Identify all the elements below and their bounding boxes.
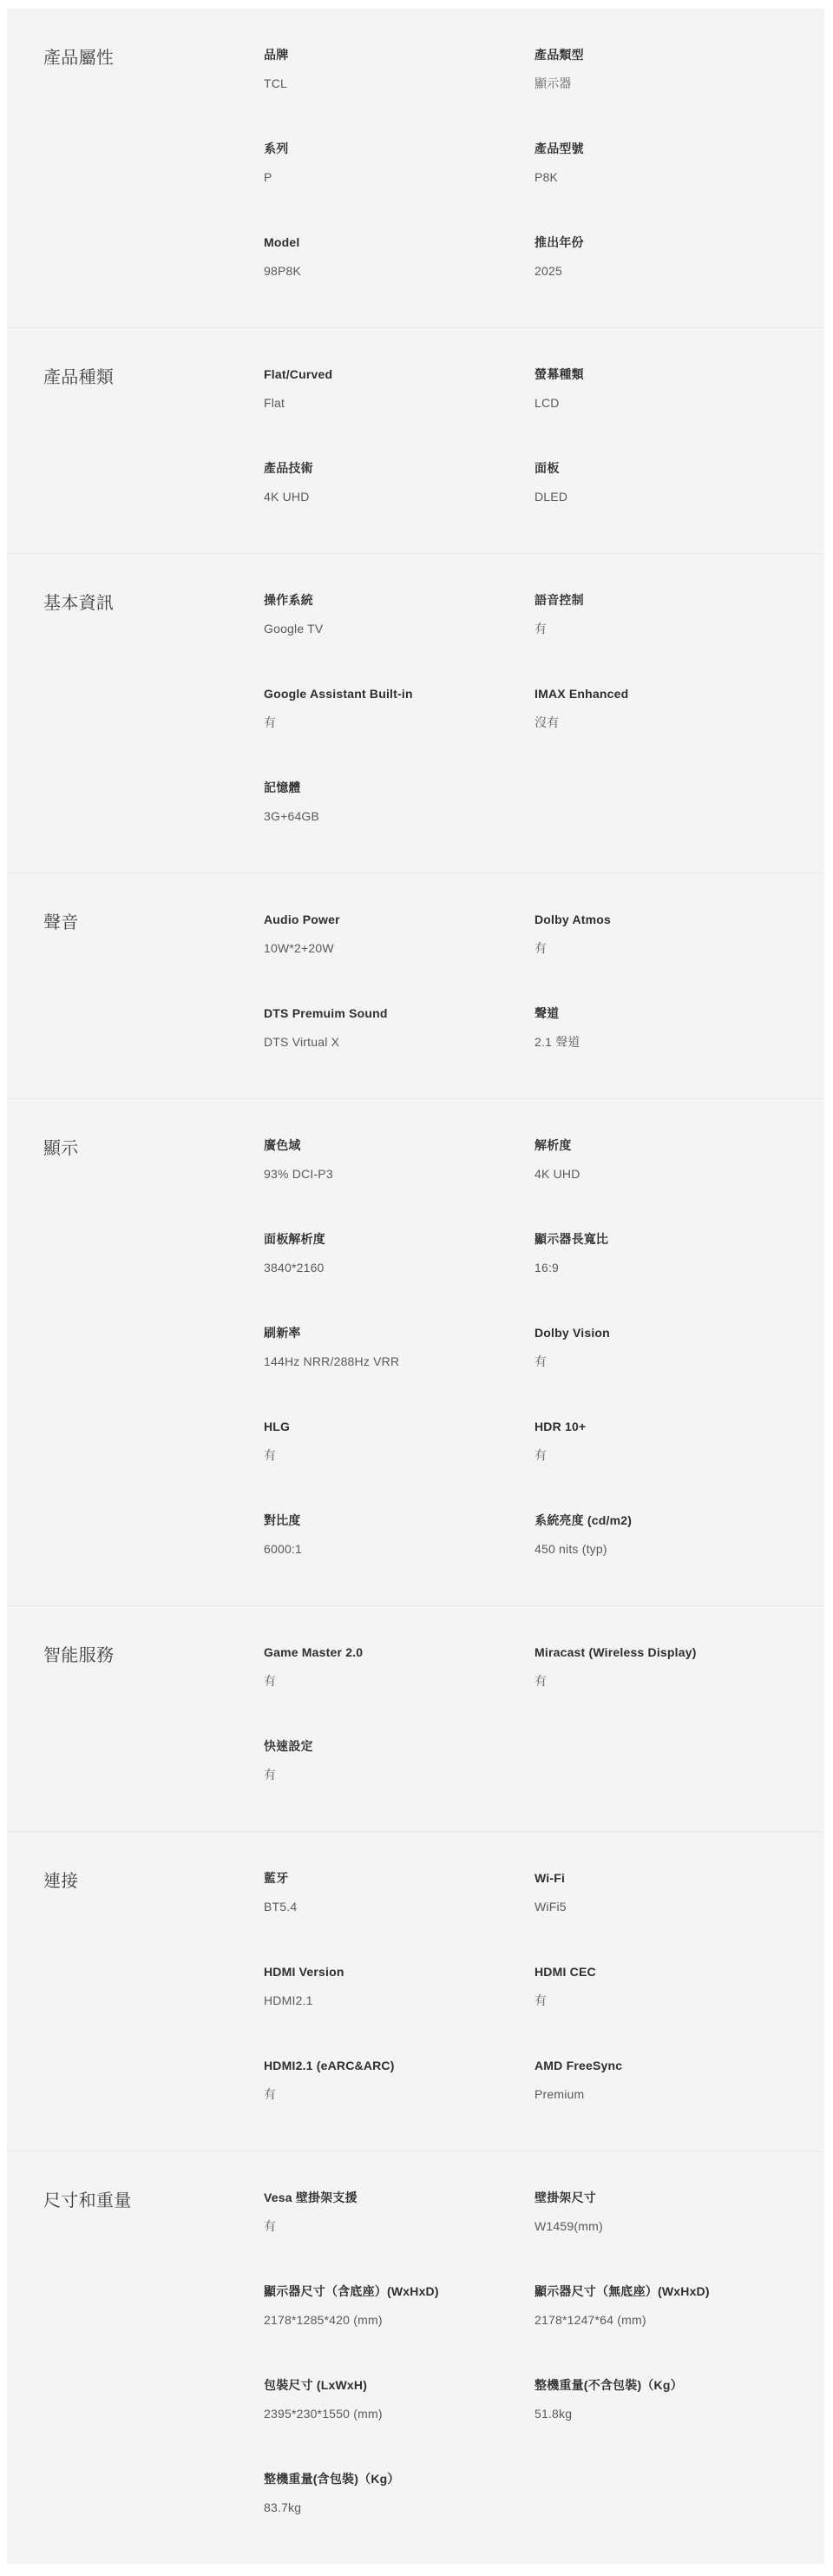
- section-items: Game Master 2.0 有 Miracast (Wireless Dis…: [264, 1644, 807, 1783]
- spec-panel: 產品屬性 品牌 TCL 產品類型 顯示器 系列 P 產品型號 P8K Model…: [7, 9, 824, 2564]
- spec-value: 有: [535, 940, 793, 957]
- spec-label: 產品類型: [535, 47, 793, 63]
- section-title: 智能服務: [43, 1644, 264, 1667]
- spec-label: 面板解析度: [264, 1231, 521, 1248]
- section-items: 藍牙 BT5.4 Wi-Fi WiFi5 HDMI Version HDMI2.…: [264, 1870, 807, 2103]
- spec-value: WiFi5: [535, 1899, 793, 1915]
- spec-item: HDR 10+ 有: [535, 1419, 807, 1464]
- spec-item: 對比度 6000:1: [264, 1512, 535, 1558]
- spec-item: 顯示器尺寸（無底座）(WxHxD) 2178*1247*64 (mm): [535, 2283, 807, 2329]
- spec-section: 智能服務 Game Master 2.0 有 Miracast (Wireles…: [7, 1605, 824, 1831]
- spec-label: 顯示器長寬比: [535, 1231, 793, 1248]
- spec-item: 記憶體 3G+64GB: [264, 780, 535, 825]
- spec-label: 推出年份: [535, 234, 793, 251]
- spec-item: 解析度 4K UHD: [535, 1137, 807, 1183]
- spec-label: 整機重量(不含包裝)（Kg）: [535, 2377, 793, 2394]
- spec-label: 記憶體: [264, 780, 521, 796]
- spec-item: 壁掛架尺寸 W1459(mm): [535, 2190, 807, 2235]
- spec-label: 快速設定: [264, 1738, 521, 1755]
- section-title: 顯示: [43, 1137, 264, 1160]
- spec-item: Game Master 2.0 有: [264, 1644, 535, 1690]
- spec-label: Dolby Vision: [535, 1325, 793, 1341]
- spec-item: HDMI2.1 (eARC&ARC) 有: [264, 2058, 535, 2103]
- spec-item: HDMI CEC 有: [535, 1964, 807, 2009]
- spec-value: 有: [535, 621, 793, 637]
- spec-value: 有: [264, 2218, 521, 2235]
- spec-label: Model: [264, 234, 521, 251]
- spec-value: 有: [264, 1673, 521, 1690]
- spec-value: Flat: [264, 395, 521, 412]
- spec-item: HDMI Version HDMI2.1: [264, 1964, 535, 2009]
- spec-label: Flat/Curved: [264, 366, 521, 383]
- spec-item: 產品型號 P8K: [535, 141, 807, 186]
- spec-label: HDMI2.1 (eARC&ARC): [264, 2058, 521, 2074]
- spec-section: 產品種類 Flat/Curved Flat 螢幕種類 LCD 產品技術 4K U…: [7, 327, 824, 553]
- spec-section: 連接 藍牙 BT5.4 Wi-Fi WiFi5 HDMI Version HDM…: [7, 1831, 824, 2151]
- spec-value: 有: [535, 1673, 793, 1690]
- section-title: 尺寸和重量: [43, 2190, 264, 2212]
- spec-item: IMAX Enhanced 沒有: [535, 686, 807, 731]
- spec-item: 產品技術 4K UHD: [264, 460, 535, 505]
- spec-value: 144Hz NRR/288Hz VRR: [264, 1354, 521, 1370]
- spec-value: 沒有: [535, 715, 793, 731]
- spec-label: Vesa 壁掛架支援: [264, 2190, 521, 2206]
- spec-item: 面板 DLED: [535, 460, 807, 505]
- spec-item: 推出年份 2025: [535, 234, 807, 280]
- spec-label: Miracast (Wireless Display): [535, 1644, 793, 1661]
- spec-value: 有: [535, 1447, 793, 1464]
- spec-label: HDR 10+: [535, 1419, 793, 1435]
- spec-label: 操作系統: [264, 592, 521, 609]
- spec-value: 2.1 聲道: [535, 1034, 793, 1051]
- spec-label: 聲道: [535, 1005, 793, 1022]
- spec-value: 2025: [535, 263, 793, 280]
- spec-item: 語音控制 有: [535, 592, 807, 637]
- spec-item: 螢幕種類 LCD: [535, 366, 807, 412]
- spec-value: 3840*2160: [264, 1260, 521, 1276]
- spec-label: 刷新率: [264, 1325, 521, 1341]
- spec-value: 有: [264, 2086, 521, 2103]
- spec-value: 16:9: [535, 1260, 793, 1276]
- spec-label: Audio Power: [264, 912, 521, 928]
- spec-value: HDMI2.1: [264, 1993, 521, 2009]
- spec-item: 整機重量(含包裝)（Kg） 83.7kg: [264, 2471, 535, 2516]
- spec-value: 10W*2+20W: [264, 940, 521, 957]
- spec-value: P8K: [535, 169, 793, 186]
- spec-label: Wi-Fi: [535, 1870, 793, 1887]
- section-title: 產品種類: [43, 366, 264, 389]
- spec-item: 快速設定 有: [264, 1738, 535, 1783]
- section-items: 廣色域 93% DCI-P3 解析度 4K UHD 面板解析度 3840*216…: [264, 1137, 807, 1558]
- section-items: 操作系統 Google TV 語音控制 有 Google Assistant B…: [264, 592, 807, 825]
- spec-value: Premium: [535, 2086, 793, 2103]
- spec-item: Miracast (Wireless Display) 有: [535, 1644, 807, 1690]
- spec-value: 2178*1247*64 (mm): [535, 2312, 793, 2329]
- spec-item: 包裝尺寸 (LxWxH) 2395*230*1550 (mm): [264, 2377, 535, 2422]
- spec-value: BT5.4: [264, 1899, 521, 1915]
- spec-value: 98P8K: [264, 263, 521, 280]
- spec-item: 刷新率 144Hz NRR/288Hz VRR: [264, 1325, 535, 1370]
- spec-item: Dolby Atmos 有: [535, 912, 807, 957]
- spec-value: 51.8kg: [535, 2406, 793, 2422]
- spec-label: Game Master 2.0: [264, 1644, 521, 1661]
- spec-label: 語音控制: [535, 592, 793, 609]
- spec-item: 產品類型 顯示器: [535, 47, 807, 92]
- spec-label: 壁掛架尺寸: [535, 2190, 793, 2206]
- spec-value: 4K UHD: [535, 1166, 793, 1183]
- spec-label: 產品型號: [535, 141, 793, 157]
- spec-item: 整機重量(不含包裝)（Kg） 51.8kg: [535, 2377, 807, 2422]
- spec-section: 產品屬性 品牌 TCL 產品類型 顯示器 系列 P 產品型號 P8K Model…: [7, 9, 824, 327]
- spec-value: 450 nits (typ): [535, 1541, 793, 1558]
- spec-item: 聲道 2.1 聲道: [535, 1005, 807, 1051]
- spec-value: 有: [264, 1447, 521, 1464]
- spec-item: Vesa 壁掛架支援 有: [264, 2190, 535, 2235]
- spec-section: 顯示 廣色域 93% DCI-P3 解析度 4K UHD 面板解析度 3840*…: [7, 1098, 824, 1605]
- spec-label: 對比度: [264, 1512, 521, 1529]
- spec-item: Flat/Curved Flat: [264, 366, 535, 412]
- spec-label: AMD FreeSync: [535, 2058, 793, 2074]
- spec-label: IMAX Enhanced: [535, 686, 793, 702]
- spec-value: 2178*1285*420 (mm): [264, 2312, 521, 2329]
- section-title: 連接: [43, 1870, 264, 1893]
- spec-label: DTS Premuim Sound: [264, 1005, 521, 1022]
- spec-label: 顯示器尺寸（含底座）(WxHxD): [264, 2283, 521, 2300]
- section-title: 聲音: [43, 912, 264, 934]
- spec-label: 面板: [535, 460, 793, 477]
- spec-label: HDMI Version: [264, 1964, 521, 1980]
- spec-value: DLED: [535, 489, 793, 505]
- spec-value: 有: [264, 1767, 521, 1783]
- section-title: 產品屬性: [43, 47, 264, 69]
- spec-item: Dolby Vision 有: [535, 1325, 807, 1370]
- section-title: 基本資訊: [43, 592, 264, 615]
- spec-item: 顯示器長寬比 16:9: [535, 1231, 807, 1276]
- spec-value: P: [264, 169, 521, 186]
- spec-item: Google Assistant Built-in 有: [264, 686, 535, 731]
- spec-value: LCD: [535, 395, 793, 412]
- spec-item: AMD FreeSync Premium: [535, 2058, 807, 2103]
- spec-label: 品牌: [264, 47, 521, 63]
- section-items: Audio Power 10W*2+20W Dolby Atmos 有 DTS …: [264, 912, 807, 1051]
- spec-item: 廣色域 93% DCI-P3: [264, 1137, 535, 1183]
- spec-item: DTS Premuim Sound DTS Virtual X: [264, 1005, 535, 1051]
- section-items: Flat/Curved Flat 螢幕種類 LCD 產品技術 4K UHD 面板…: [264, 366, 807, 505]
- spec-item: 系列 P: [264, 141, 535, 186]
- spec-label: 系統亮度 (cd/m2): [535, 1512, 793, 1529]
- spec-value: 有: [264, 715, 521, 731]
- page: 產品屬性 品牌 TCL 產品類型 顯示器 系列 P 產品型號 P8K Model…: [0, 0, 833, 2576]
- spec-value: 83.7kg: [264, 2500, 521, 2516]
- spec-value: Google TV: [264, 621, 521, 637]
- spec-item: 面板解析度 3840*2160: [264, 1231, 535, 1276]
- spec-value: W1459(mm): [535, 2218, 793, 2235]
- spec-item: HLG 有: [264, 1419, 535, 1464]
- spec-label: Dolby Atmos: [535, 912, 793, 928]
- spec-value: 顯示器: [535, 76, 793, 92]
- spec-label: HDMI CEC: [535, 1964, 793, 1980]
- spec-section: 尺寸和重量 Vesa 壁掛架支援 有 壁掛架尺寸 W1459(mm) 顯示器尺寸…: [7, 2151, 824, 2564]
- spec-label: 包裝尺寸 (LxWxH): [264, 2377, 521, 2394]
- spec-label: 系列: [264, 141, 521, 157]
- spec-value: 3G+64GB: [264, 808, 521, 825]
- spec-value: DTS Virtual X: [264, 1034, 521, 1051]
- section-items: Vesa 壁掛架支援 有 壁掛架尺寸 W1459(mm) 顯示器尺寸（含底座）(…: [264, 2190, 807, 2516]
- spec-value: 6000:1: [264, 1541, 521, 1558]
- spec-item: 品牌 TCL: [264, 47, 535, 92]
- spec-label: 藍牙: [264, 1870, 521, 1887]
- spec-label: HLG: [264, 1419, 521, 1435]
- spec-section: 聲音 Audio Power 10W*2+20W Dolby Atmos 有 D…: [7, 873, 824, 1098]
- spec-item: Model 98P8K: [264, 234, 535, 280]
- spec-item: 系統亮度 (cd/m2) 450 nits (typ): [535, 1512, 807, 1558]
- spec-item: Audio Power 10W*2+20W: [264, 912, 535, 957]
- spec-section: 基本資訊 操作系統 Google TV 語音控制 有 Google Assist…: [7, 553, 824, 873]
- spec-label: 廣色域: [264, 1137, 521, 1154]
- spec-item: 操作系統 Google TV: [264, 592, 535, 637]
- spec-label: 顯示器尺寸（無底座）(WxHxD): [535, 2283, 793, 2300]
- spec-item: 藍牙 BT5.4: [264, 1870, 535, 1915]
- spec-value: TCL: [264, 76, 521, 92]
- spec-label: 螢幕種類: [535, 366, 793, 383]
- section-items: 品牌 TCL 產品類型 顯示器 系列 P 產品型號 P8K Model 98P8…: [264, 47, 807, 280]
- spec-label: 解析度: [535, 1137, 793, 1154]
- spec-value: 有: [535, 1993, 793, 2009]
- spec-value: 2395*230*1550 (mm): [264, 2406, 521, 2422]
- spec-label: Google Assistant Built-in: [264, 686, 521, 702]
- spec-label: 整機重量(含包裝)（Kg）: [264, 2471, 521, 2487]
- spec-value: 有: [535, 1354, 793, 1370]
- spec-item: 顯示器尺寸（含底座）(WxHxD) 2178*1285*420 (mm): [264, 2283, 535, 2329]
- spec-value: 4K UHD: [264, 489, 521, 505]
- spec-item: Wi-Fi WiFi5: [535, 1870, 807, 1915]
- spec-label: 產品技術: [264, 460, 521, 477]
- spec-value: 93% DCI-P3: [264, 1166, 521, 1183]
